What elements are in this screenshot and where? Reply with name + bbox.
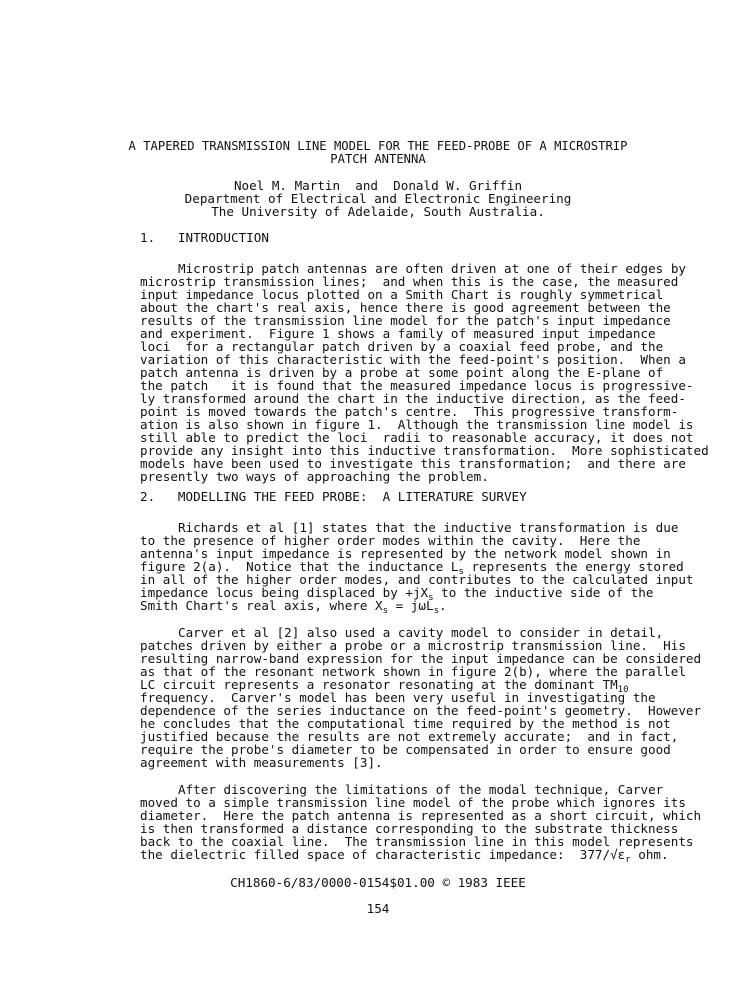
body-line: Smith Chart's real axis, where Xs = jωLs… xyxy=(140,599,447,615)
affiliation-line-2: The University of Adelaide, South Austra… xyxy=(0,205,755,218)
subscript: s xyxy=(383,606,388,616)
section-heading-1: 1. INTRODUCTION xyxy=(140,231,269,244)
subscript: s xyxy=(434,606,439,616)
subscript: r xyxy=(625,855,630,865)
body-line: agreement with measurements [3]. xyxy=(140,756,383,769)
copyright-line: CH1860-6/83/0000-0154$01.00 © 1983 IEEE xyxy=(0,876,755,889)
page-number: 154 xyxy=(0,902,755,915)
paper-page: A TAPERED TRANSMISSION LINE MODEL FOR TH… xyxy=(0,0,755,1000)
body-line: presently two ways of approaching the pr… xyxy=(140,470,489,483)
section-heading-2: 2. MODELLING THE FEED PROBE: A LITERATUR… xyxy=(140,490,527,503)
paper-title-line-2: PATCH ANTENNA xyxy=(0,153,755,166)
body-line: the dielectric filled space of character… xyxy=(140,848,669,864)
